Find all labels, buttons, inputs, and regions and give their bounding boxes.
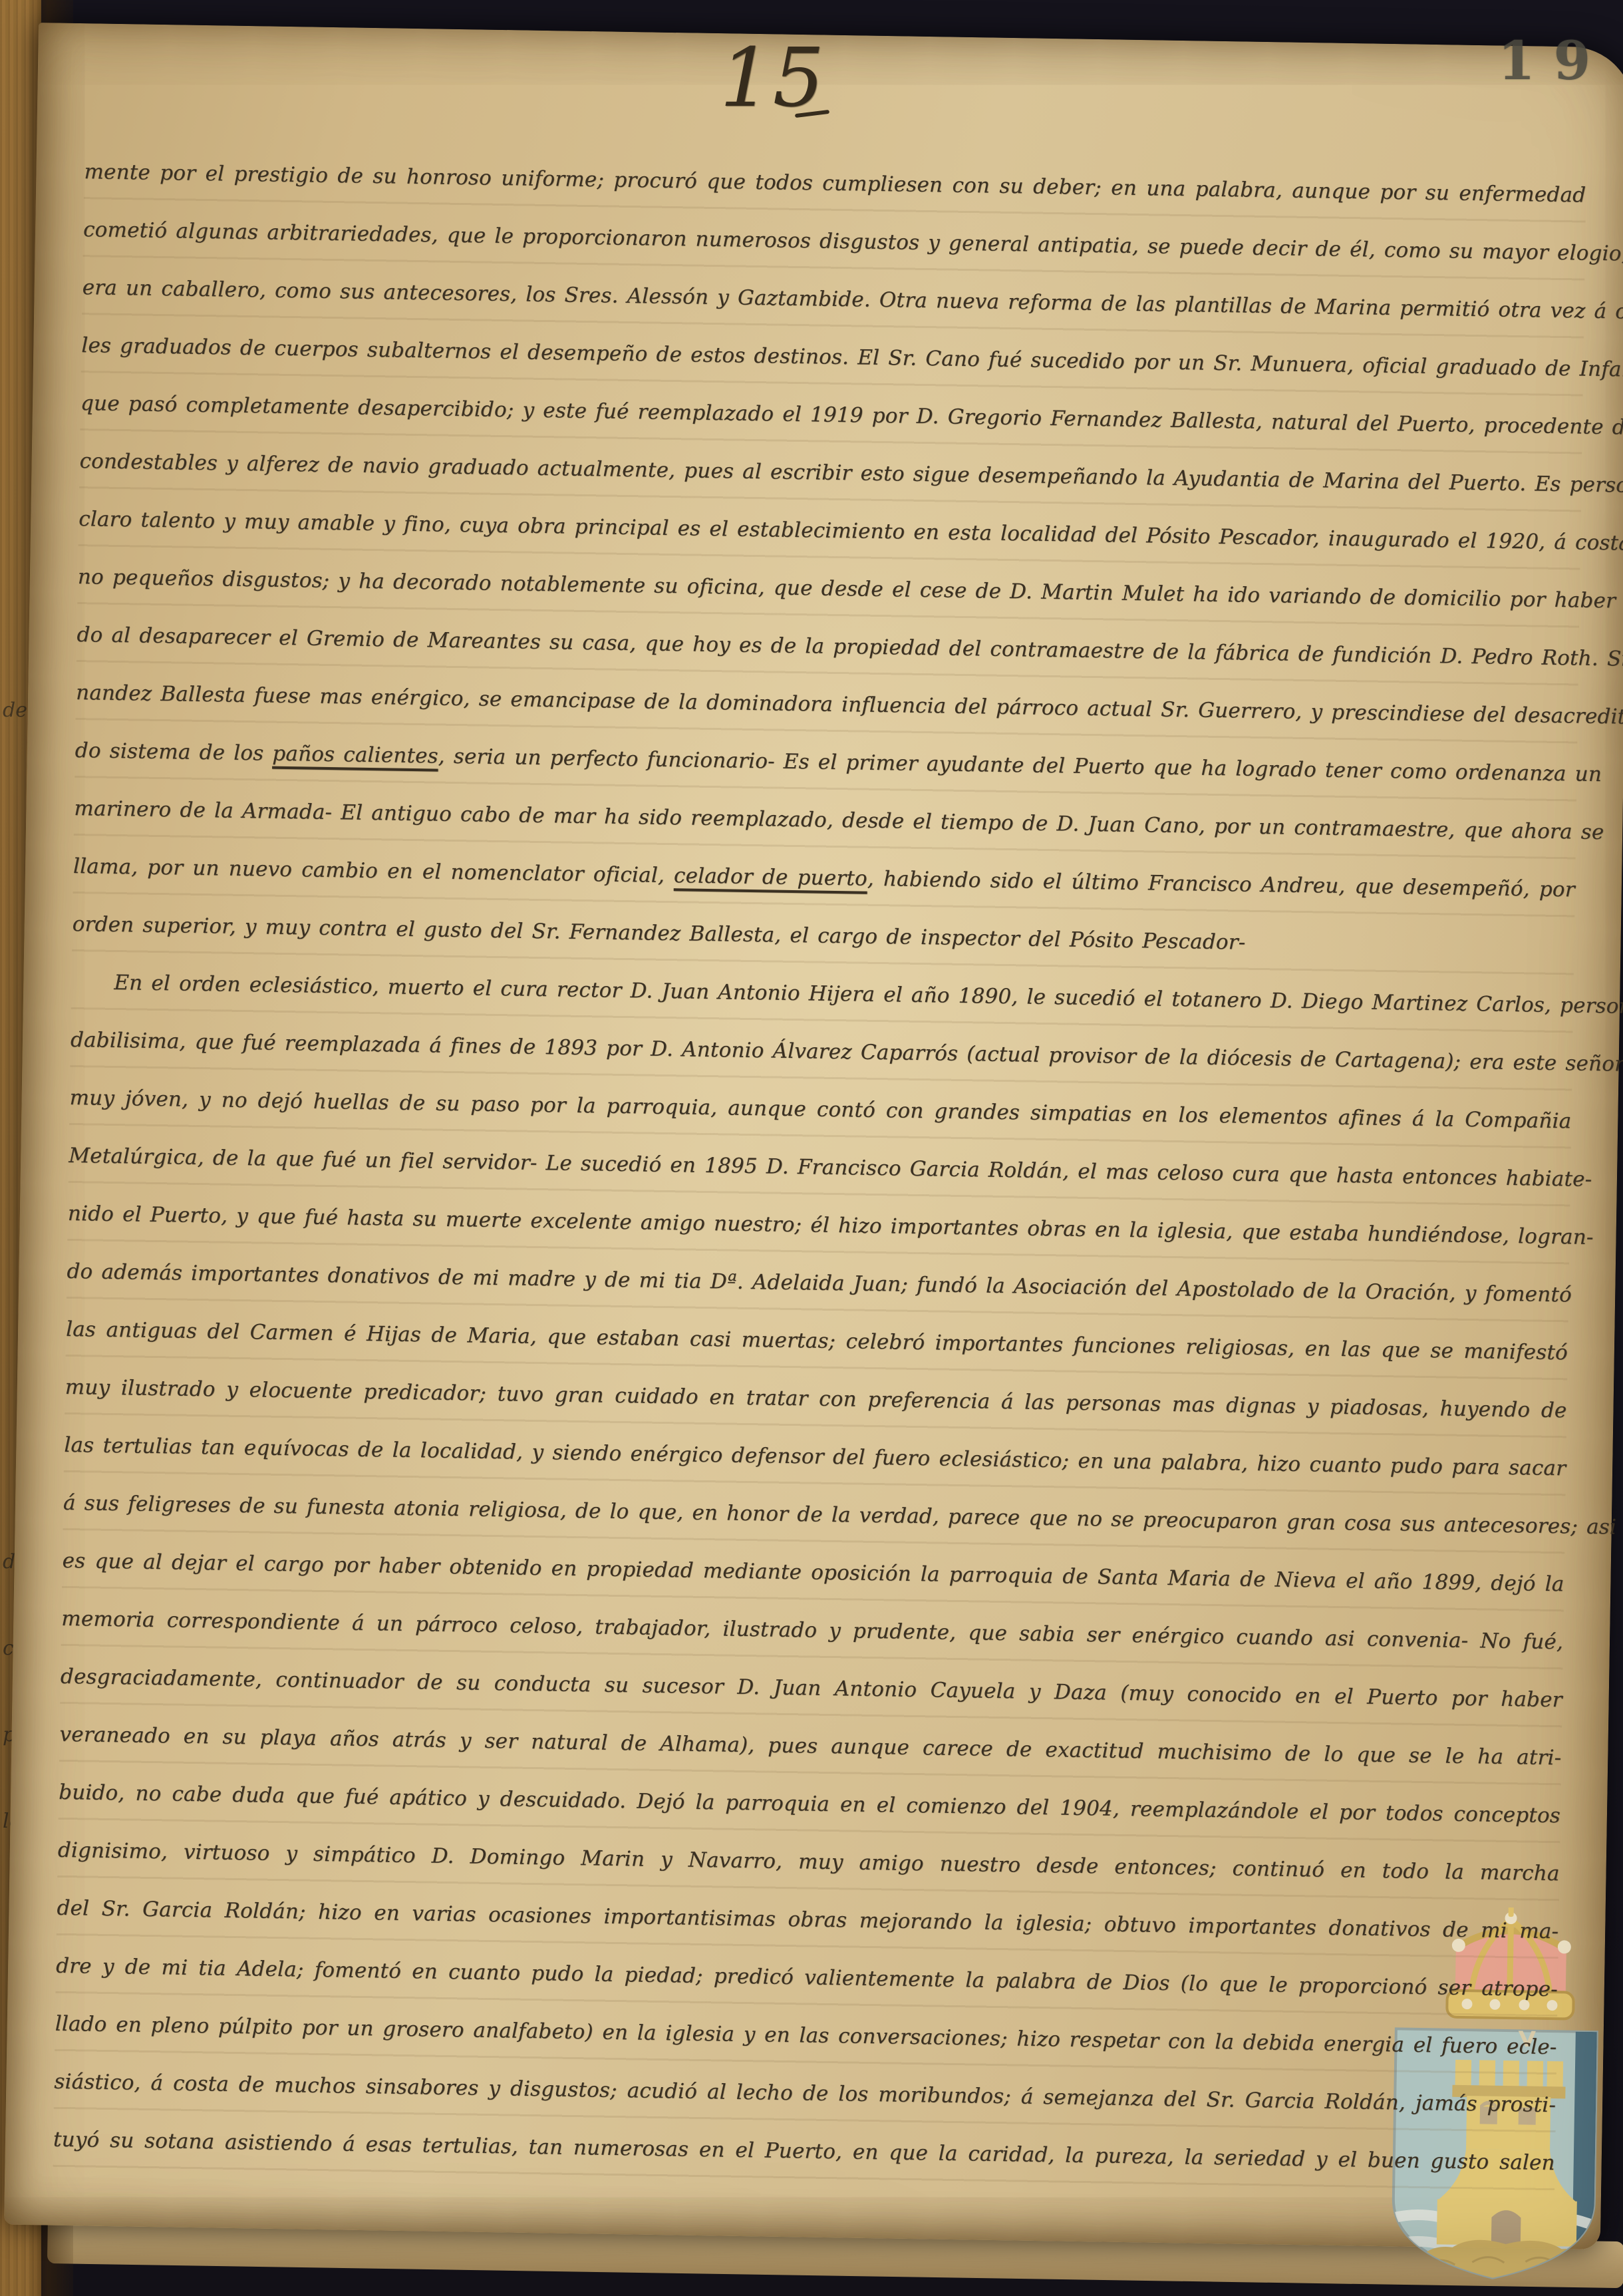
edge-fragment: de [3,699,27,722]
manuscript-text: mente por el prestigio de su honroso uni… [53,143,1586,2192]
handwritten-page-number: 15 [720,31,825,125]
page-sheet: mente por el prestigio de su honroso uni… [4,23,1623,2249]
stamp-page-number: 19 [1498,29,1609,92]
scanned-manuscript-page: mente por el prestigio de su honroso uni… [0,0,1623,2296]
